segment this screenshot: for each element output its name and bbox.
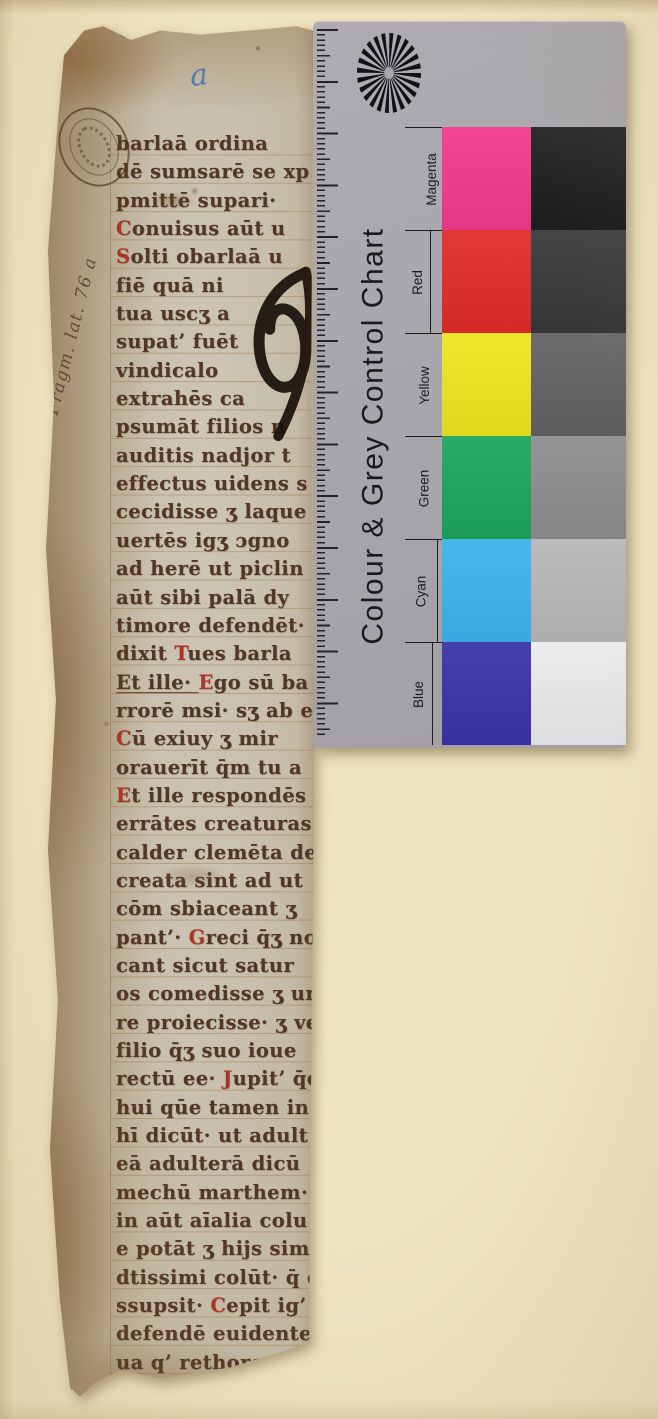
patch-color-label: Magenta bbox=[424, 153, 439, 206]
text-segment: hui qūe tamen in bbox=[116, 1096, 309, 1119]
manuscript-fragment: a Fragm. lat. 76 a barlaā ordinadē sumsa… bbox=[40, 18, 316, 1402]
text-segment: defendē euidenter bbox=[116, 1322, 316, 1345]
ruler-number bbox=[328, 677, 344, 695]
manuscript-text-line: os comedisse ʒ un bbox=[111, 980, 316, 1008]
manuscript-text-line: aūt sibi palā dy bbox=[111, 584, 316, 612]
patch-color-label: Yellow bbox=[417, 366, 432, 405]
manuscript-text-line: Cū exiuy ʒ mir bbox=[111, 725, 316, 753]
grey-patch bbox=[531, 333, 626, 436]
text-segment: e potāt ʒ hijs siml bbox=[116, 1237, 316, 1260]
rubricated-letter: T bbox=[174, 642, 187, 665]
text-segment: in aūt aīalia colu bbox=[116, 1209, 308, 1232]
text-segment: re proiecisse· ʒ vei bbox=[116, 1011, 316, 1034]
manuscript-text-line: orauerīt q̄m tu a bbox=[111, 754, 316, 782]
manuscript-text-line: Et ille· Ego sū ba bbox=[111, 669, 316, 697]
shelfmark-annotation: Fragm. lat. 76 a bbox=[38, 237, 106, 436]
manuscript-text-line: errātes creaturas bbox=[111, 810, 316, 838]
manuscript-text-line: e potāt ʒ hijs siml bbox=[111, 1235, 316, 1263]
ruler-number bbox=[328, 574, 344, 592]
ruler-number bbox=[328, 522, 344, 540]
digitisation-photo: a Fragm. lat. 76 a barlaā ordinadē sumsa… bbox=[0, 0, 658, 1419]
text-segment: filio q̄ʒ suo ioue bbox=[116, 1039, 297, 1062]
text-segment: extrahēs ca bbox=[116, 387, 245, 410]
ruler-number bbox=[328, 211, 344, 229]
text-segment: pant’· bbox=[116, 926, 189, 949]
ruler-number bbox=[328, 470, 344, 488]
ruler-number bbox=[328, 366, 344, 384]
manuscript-text-line: creata sint ad ut bbox=[111, 867, 316, 895]
rubricated-letter: C bbox=[116, 727, 132, 750]
chart-patch-row: Cyan Grey 1 bbox=[405, 539, 626, 642]
manuscript-text-line: pant’· Greci q̄ʒ no bbox=[111, 924, 316, 952]
ruler-number bbox=[328, 729, 344, 747]
text-segment: rectū ee· bbox=[116, 1067, 223, 1090]
manuscript-text-line: rrorē msi· sʒ ab e bbox=[111, 697, 316, 725]
manuscript-text-line: Conuisus aūt u bbox=[111, 215, 316, 243]
manuscript-text-line: rectū ee· Jupit’ q̄q bbox=[111, 1065, 316, 1093]
manuscript-text-line: in aūt aīalia colu bbox=[111, 1207, 316, 1235]
patch-labels: Green Grey 2 bbox=[405, 436, 442, 539]
patch-color-label: Blue bbox=[411, 680, 426, 707]
rubricated-letter: C bbox=[210, 1294, 226, 1317]
rubricated-letter: E bbox=[198, 671, 213, 694]
text-segment: calder clemēta deo bbox=[116, 841, 316, 864]
star-hub bbox=[384, 67, 394, 79]
rubricated-letter: C bbox=[116, 217, 132, 240]
chart-patch-row: Magenta Black bbox=[405, 127, 626, 230]
colour-label-column: Cyan bbox=[405, 540, 438, 642]
patch-labels: Cyan Grey 1 bbox=[405, 539, 442, 642]
text-segment: aūt sibi palā dy bbox=[116, 586, 289, 609]
chart-patch-row: Yellow Grey 3 bbox=[405, 333, 626, 436]
colour-patch bbox=[442, 539, 531, 642]
manuscript-text-line: ssupsit· Cepit ig’ bbox=[111, 1292, 316, 1320]
patch-labels: Yellow Grey 3 bbox=[405, 333, 442, 436]
text-segment: vindicalo bbox=[116, 359, 218, 382]
text-segment: tua uscʒ a bbox=[116, 302, 230, 325]
colour-patch bbox=[442, 230, 531, 333]
manuscript-text-line: timore defendēt· bbox=[111, 612, 316, 640]
text-segment: timore defendēt· bbox=[116, 614, 305, 637]
text-segment: go sū ba bbox=[214, 671, 309, 694]
grey-patch bbox=[531, 539, 626, 642]
colour-patch bbox=[442, 127, 531, 230]
text-segment: supat’ fuēt bbox=[116, 330, 238, 353]
rubricated-letter: G bbox=[189, 926, 206, 949]
colour-label-column: Green bbox=[405, 437, 444, 539]
siemens-star-icon bbox=[357, 33, 421, 113]
text-segment: upit’ q̄q bbox=[233, 1067, 316, 1090]
manuscript-text-line: ad herē ut piclin bbox=[111, 555, 316, 583]
text-segment: ues barla bbox=[187, 642, 292, 665]
colour-patch bbox=[442, 642, 531, 745]
text-segment: barlaā ordina bbox=[116, 132, 268, 155]
patch-labels: Red Grey 4 bbox=[405, 230, 442, 333]
rubricated-letter: S bbox=[116, 245, 130, 268]
colour-label-column: Blue bbox=[405, 643, 433, 745]
text-segment: reci q̄ʒ no bbox=[206, 926, 316, 949]
manuscript-text-line: re proiecisse· ʒ vei bbox=[111, 1009, 316, 1037]
text-segment: ad herē ut piclin bbox=[116, 557, 304, 580]
grey-patch bbox=[531, 127, 626, 230]
text-segment: orauerīt q̄m tu a bbox=[116, 756, 302, 779]
text-segment: ū exiuy ʒ mir bbox=[132, 727, 278, 750]
colour-label-column: Yellow bbox=[405, 334, 445, 436]
text-segment: hī dicūt· ut adult bbox=[116, 1124, 308, 1147]
text-segment: os comedisse ʒ un bbox=[116, 982, 316, 1005]
ruler-number bbox=[328, 263, 344, 281]
text-segment: ua q’ rethores m bbox=[116, 1351, 303, 1374]
manuscript-text-line: ua q’ rethores m bbox=[111, 1349, 316, 1377]
patch-color-label: Green bbox=[416, 469, 431, 507]
manuscript-text-line: hī dicūt· ut adult bbox=[111, 1122, 316, 1150]
text-segment: errātes creaturas bbox=[116, 812, 312, 835]
text-segment: cant sicut satur bbox=[116, 954, 294, 977]
chart-patch-row: Green Grey 2 bbox=[405, 436, 626, 539]
text-segment: t ille respondēs a bbox=[131, 784, 316, 807]
manuscript-text-line: cecidisse ʒ laque bbox=[111, 498, 316, 526]
colour-label-column: Red bbox=[405, 231, 431, 333]
text-segment: cecidisse ʒ laque bbox=[116, 500, 307, 523]
chart-title-strip: Colour & Grey Control Chart bbox=[343, 127, 405, 744]
grey-patch bbox=[531, 230, 626, 333]
manuscript-text-line: hui qūe tamen in bbox=[111, 1094, 316, 1122]
patch-labels: Magenta Black bbox=[405, 127, 442, 230]
text-segment: pmittē supari· bbox=[116, 189, 276, 212]
text-segment: creata sint ad ut bbox=[116, 869, 303, 892]
manuscript-text-line: pmittē supari· bbox=[111, 187, 316, 215]
manuscript-text-line: dixit Tues barla bbox=[111, 640, 316, 668]
manuscript-text-line: dē sumsarē se xp bbox=[111, 158, 316, 186]
colour-patch bbox=[442, 333, 531, 436]
manuscript-text-line: dtissimi colūt· q̄ d bbox=[111, 1264, 316, 1292]
manuscript-text-line: uertēs igʒ ɔgno bbox=[111, 527, 316, 555]
text-segment: dtissimi colūt· q̄ d bbox=[116, 1266, 316, 1289]
text-segment: eā adulterā dicū bbox=[116, 1152, 300, 1175]
patch-grid: Magenta Black Red Grey 4 bbox=[405, 127, 626, 745]
chart-patch-row: Blue White bbox=[405, 642, 626, 745]
ruler-number bbox=[328, 107, 344, 125]
text-segment: dē sumsarē se xp bbox=[116, 160, 310, 183]
manuscript-text-line: cōm sbiaceant ʒ bbox=[111, 895, 316, 923]
colour-control-chart: Colour & Grey Control Chart Magenta Blac… bbox=[313, 21, 626, 748]
ruler-number bbox=[328, 315, 344, 333]
patch-color-label: Red bbox=[410, 270, 425, 295]
manuscript-text-line: eā adulterā dicū bbox=[111, 1150, 316, 1178]
ruler-number bbox=[328, 56, 344, 74]
text-segment: onuisus aūt u bbox=[132, 217, 286, 240]
patch-labels: Blue White bbox=[405, 642, 442, 745]
manuscript-text-line: Et ille respondēs a bbox=[111, 782, 316, 810]
manuscript-text-line: calder clemēta deo bbox=[111, 839, 316, 867]
annotation-letter: a bbox=[188, 57, 209, 94]
text-segment: ssupsit· bbox=[116, 1294, 210, 1317]
ruler-number bbox=[328, 418, 344, 436]
colour-patch bbox=[442, 436, 531, 539]
text-segment: Et ille· bbox=[116, 671, 198, 694]
text-segment: rrorē msi· sʒ ab e bbox=[116, 699, 313, 722]
text-segment: fiē quā ni bbox=[116, 274, 224, 297]
text-segment: auditis nadjor t bbox=[116, 444, 291, 467]
manuscript-text-line: barlaā ordina bbox=[111, 130, 316, 158]
manuscript-text-line: defendē euidenter bbox=[111, 1320, 316, 1348]
text-segment: cōm sbiaceant ʒ bbox=[116, 897, 297, 920]
parchment-strip: a Fragm. lat. 76 a barlaā ordinadē sumsa… bbox=[40, 18, 316, 1402]
text-segment: mechū marthem· bbox=[116, 1181, 308, 1204]
chart-title: Colour & Grey Control Chart bbox=[357, 227, 391, 644]
manuscript-text-line: filio q̄ʒ suo ioue bbox=[111, 1037, 316, 1065]
text-segment: epit ig’ bbox=[226, 1294, 306, 1317]
manuscript-text-line: mechū marthem· bbox=[111, 1179, 316, 1207]
patch-color-label: Cyan bbox=[413, 575, 428, 607]
grey-patch bbox=[531, 642, 626, 745]
text-segment: dixit bbox=[116, 642, 174, 665]
manuscript-text-line: auditis nadjor t bbox=[111, 442, 316, 470]
rubricated-letter: E bbox=[116, 784, 131, 807]
ruler-number bbox=[328, 625, 344, 643]
rubricated-letter: J bbox=[223, 1067, 233, 1090]
grey-patch bbox=[531, 436, 626, 539]
text-segment: effectus uidens s bbox=[116, 472, 308, 495]
manuscript-text-line: effectus uidens s bbox=[111, 470, 316, 498]
manuscript-text-line: cant sicut satur bbox=[111, 952, 316, 980]
chart-patch-row: Red Grey 4 bbox=[405, 230, 626, 333]
text-segment: uertēs igʒ ɔgno bbox=[116, 529, 290, 552]
ruler-number bbox=[328, 159, 344, 177]
